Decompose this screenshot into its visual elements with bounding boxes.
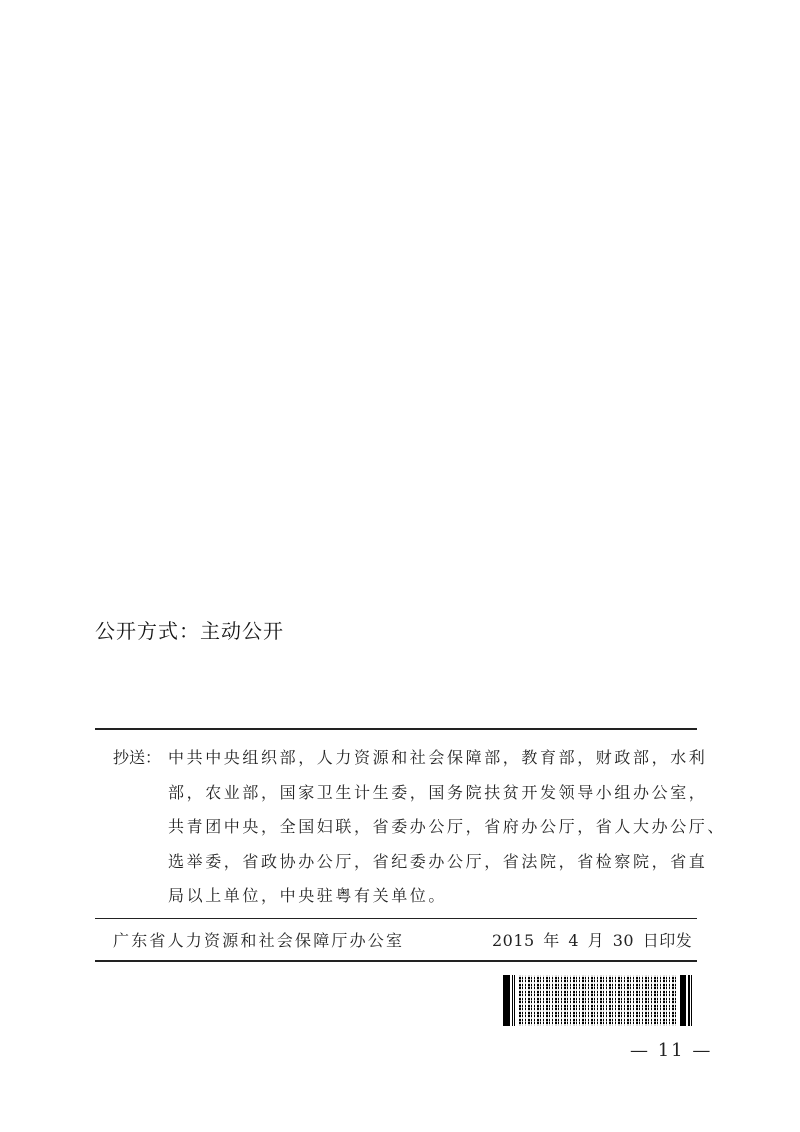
cc-line: 共青团中央，全国妇联，省委办公厅，省府办公厅，省人大办公厅、 bbox=[168, 810, 703, 845]
barcode-stop-bar bbox=[691, 975, 692, 1026]
cc-label: 抄送： bbox=[113, 741, 161, 776]
top-rule bbox=[95, 728, 697, 730]
issue-date: 2015 年 4 月 30 日印发 bbox=[492, 928, 692, 951]
disclosure-method: 公开方式：主动公开 bbox=[95, 615, 284, 644]
cc-block: 抄送： 中共中央组织部，人力资源和社会保障部，教育部，财政部，水利 部，农业部，… bbox=[113, 741, 703, 914]
bottom-rule bbox=[95, 960, 697, 962]
cc-line: 部，农业部，国家卫生计生委，国务院扶贫开发领导小组办公室， bbox=[168, 776, 703, 811]
cc-line: 中共中央组织部，人力资源和社会保障部，教育部，财政部，水利 bbox=[168, 741, 703, 776]
issuing-office: 广东省人力资源和社会保障厅办公室 bbox=[113, 928, 404, 951]
cc-line: 局以上单位，中央驻粤有关单位。 bbox=[168, 879, 703, 914]
page-number: — 11 — bbox=[630, 1040, 712, 1061]
barcode-start-bar bbox=[514, 975, 515, 1026]
barcode-data bbox=[519, 975, 676, 1026]
barcode-icon bbox=[503, 975, 692, 1026]
barcode-start-bar bbox=[503, 975, 510, 1026]
cc-recipients: 中共中央组织部，人力资源和社会保障部，教育部，财政部，水利 部，农业部，国家卫生… bbox=[168, 741, 703, 914]
middle-rule bbox=[95, 918, 697, 919]
cc-line: 选举委，省政协办公厅，省纪委办公厅，省法院，省检察院，省直 bbox=[168, 845, 703, 880]
